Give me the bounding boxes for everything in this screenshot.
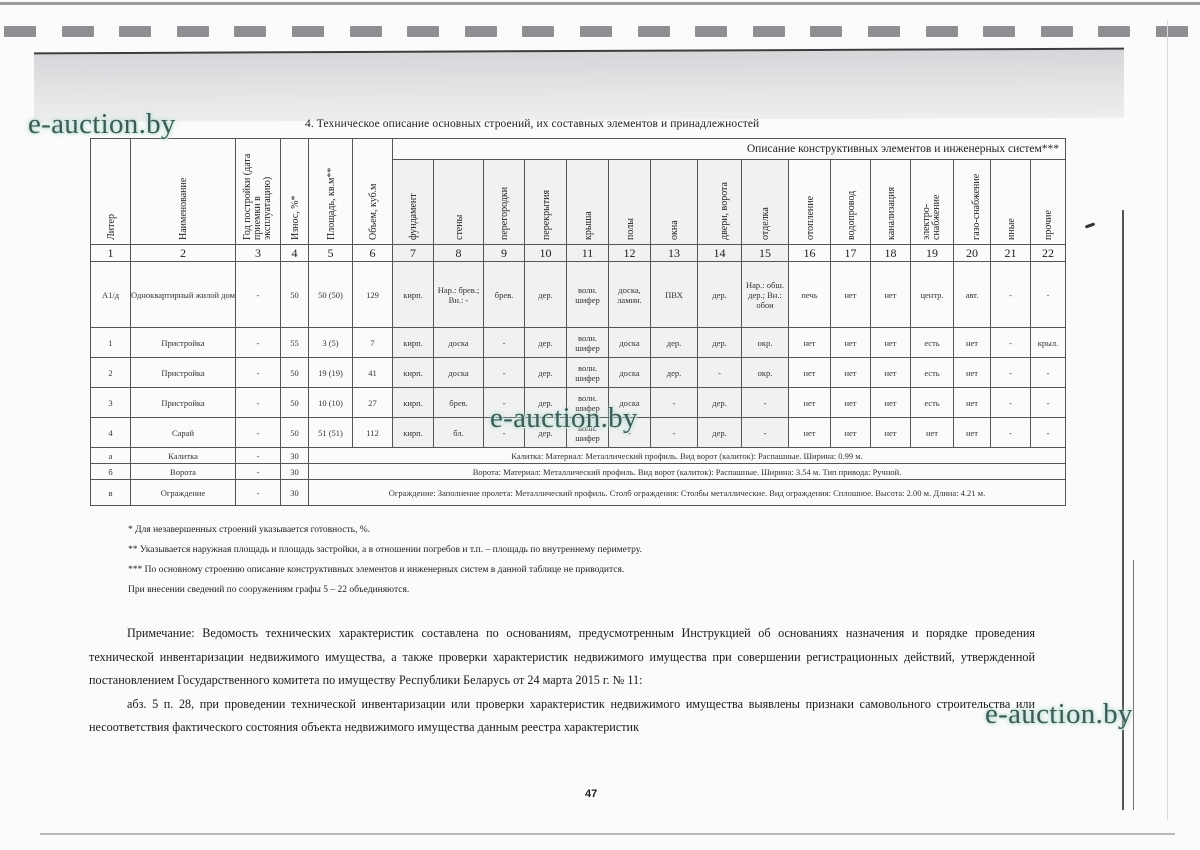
table-cell: 129 [353, 262, 393, 328]
accessory-description: Ворота: Материал: Металлический профиль.… [309, 464, 1066, 480]
accessory-description: Калитка: Материал: Металлический профиль… [309, 448, 1066, 464]
footnote: * Для незавершенных строений указывается… [128, 520, 642, 540]
punch-holes [0, 26, 1200, 38]
punch-hole [868, 26, 900, 37]
scan-shadow [34, 48, 1124, 123]
table-cell: Пристройка [131, 328, 236, 358]
column-header: перегородки [484, 160, 525, 245]
column-number: 3 [236, 245, 281, 262]
table-cell: - [1031, 262, 1066, 328]
table-cell: Сарай [131, 418, 236, 448]
punch-hole [1156, 26, 1188, 37]
table-cell: Ограждение [131, 480, 236, 506]
column-number: 12 [609, 245, 651, 262]
table-cell: - [484, 328, 525, 358]
column-number: 19 [911, 245, 954, 262]
table-cell: нет [954, 328, 991, 358]
punch-hole [465, 26, 497, 37]
table-cell: дер. [651, 328, 698, 358]
table-cell: брев. [434, 388, 484, 418]
accessory-row: вОграждение-30Ограждение: Заполнение про… [91, 480, 1066, 506]
table-cell: ПВХ [651, 262, 698, 328]
table-cell: нет [789, 328, 831, 358]
table-cell: 50 [281, 418, 309, 448]
table-cell: Одноквартирный жилой дом [131, 262, 236, 328]
table-cell: нет [871, 328, 911, 358]
punch-hole [234, 26, 266, 37]
table-body: А1/дОдноквартирный жилой дом-5050 (50)12… [91, 262, 1066, 506]
table-cell: волн. шифер [567, 262, 609, 328]
table-cell: 30 [281, 448, 309, 464]
table-cell: 10 (10) [309, 388, 353, 418]
column-header: газо-снабжение [954, 160, 991, 245]
accessory-row: бВорота-30Ворота: Материал: Металлически… [91, 464, 1066, 480]
table-cell: дер. [698, 262, 742, 328]
column-number: 1 [91, 245, 131, 262]
accessory-description: Ограждение: Заполнение пролета: Металлич… [309, 480, 1066, 506]
table-cell: - [742, 418, 789, 448]
column-header: окна [651, 160, 698, 245]
table-cell: нет [831, 328, 871, 358]
punch-hole [1098, 26, 1130, 37]
table-row: А1/дОдноквартирный жилой дом-5050 (50)12… [91, 262, 1066, 328]
table-cell: доска, ламин. [609, 262, 651, 328]
punch-hole [810, 26, 842, 37]
page-number: 47 [585, 788, 597, 800]
punch-hole [292, 26, 324, 37]
ink-mark [1085, 222, 1095, 228]
footnote: При внесении сведений по сооружениям гра… [128, 580, 642, 600]
table-cell: - [991, 418, 1031, 448]
table-cell: печь [789, 262, 831, 328]
table-cell: дер. [698, 388, 742, 418]
table-cell: 50 [281, 262, 309, 328]
table-cell: нет [871, 358, 911, 388]
table-cell: - [1031, 358, 1066, 388]
table-cell: 55 [281, 328, 309, 358]
punch-hole [4, 26, 36, 37]
column-header: отделка [742, 160, 789, 245]
table-cell: - [991, 358, 1031, 388]
column-number: 20 [954, 245, 991, 262]
table-cell: есть [911, 388, 954, 418]
table-cell: дер. [698, 328, 742, 358]
scan-line [1133, 560, 1134, 810]
column-number: 2 [131, 245, 236, 262]
table-cell: - [236, 358, 281, 388]
column-header: полы [609, 160, 651, 245]
table-cell: - [1031, 418, 1066, 448]
table-cell: - [236, 388, 281, 418]
table-cell: дер. [525, 262, 567, 328]
table-cell: нет [954, 388, 991, 418]
column-header: Наименование [131, 139, 236, 245]
column-number: 6 [353, 245, 393, 262]
table-cell: кирп. [393, 388, 434, 418]
table-cell: дер. [698, 418, 742, 448]
punch-hole [1041, 26, 1073, 37]
table-cell: - [651, 388, 698, 418]
table-cell: авт. [954, 262, 991, 328]
table-cell: 3 (5) [309, 328, 353, 358]
table-cell: - [236, 464, 281, 480]
note-paragraph: абз. 5 п. 28, при проведении технической… [89, 693, 1035, 740]
punch-hole [62, 26, 94, 37]
table-cell: бл. [434, 418, 484, 448]
table-cell: - [1031, 388, 1066, 418]
group-header: Описание конструктивных элементов и инже… [393, 139, 1066, 160]
section-title: 4. Техническое описание основных строени… [305, 118, 759, 130]
column-number: 15 [742, 245, 789, 262]
table-cell: волн. шифер [567, 328, 609, 358]
column-header: стены [434, 160, 484, 245]
table-cell: нет [911, 418, 954, 448]
table-cell: Нар.: обш. дер.; Вн.: обои [742, 262, 789, 328]
footnote: *** По основному строению описание конст… [128, 560, 642, 580]
table-cell: окр. [742, 328, 789, 358]
column-header: крыша [567, 160, 609, 245]
table-cell: брев. [484, 262, 525, 328]
table-cell: нет [954, 418, 991, 448]
table-cell: нет [954, 358, 991, 388]
table-cell: - [991, 388, 1031, 418]
table-cell: нет [831, 358, 871, 388]
column-header: перекрытия [525, 160, 567, 245]
scan-line [1167, 20, 1168, 820]
technical-description-table: Литер Наименование Год постройки (дата п… [90, 138, 1066, 506]
table-cell: 41 [353, 358, 393, 388]
watermark: e-auction.by [28, 108, 176, 141]
column-header: канализация [871, 160, 911, 245]
table-cell: окр. [742, 358, 789, 388]
column-number: 14 [698, 245, 742, 262]
table-cell: 19 (19) [309, 358, 353, 388]
table-cell: 51 (51) [309, 418, 353, 448]
table-cell: 112 [353, 418, 393, 448]
table-cell: 1 [91, 328, 131, 358]
table-cell: - [236, 262, 281, 328]
table-cell: - [236, 418, 281, 448]
table-cell: дер. [651, 358, 698, 388]
column-number: 7 [393, 245, 434, 262]
note-paragraph: Примечание: Ведомость технических характ… [89, 622, 1035, 693]
punch-hole [580, 26, 612, 37]
punch-hole [350, 26, 382, 37]
punch-hole [407, 26, 439, 37]
scan-edge-bottom [40, 833, 1175, 835]
table-cell: - [236, 328, 281, 358]
table-cell: - [236, 480, 281, 506]
table-row: 1Пристройка-553 (5)7кирп.доска-дер.волн.… [91, 328, 1066, 358]
punch-hole [119, 26, 151, 37]
table-cell: Калитка [131, 448, 236, 464]
column-header: Объем, куб.м [353, 139, 393, 245]
column-number: 5 [309, 245, 353, 262]
table-cell: 30 [281, 480, 309, 506]
column-header: двери, ворота [698, 160, 742, 245]
table-cell: в [91, 480, 131, 506]
table-cell: кирп. [393, 262, 434, 328]
column-number: 9 [484, 245, 525, 262]
punch-hole [695, 26, 727, 37]
table-cell: есть [911, 358, 954, 388]
table-cell: 7 [353, 328, 393, 358]
table-cell: 4 [91, 418, 131, 448]
table-cell: А1/д [91, 262, 131, 328]
punch-hole [177, 26, 209, 37]
footnotes: * Для незавершенных строений указывается… [128, 520, 642, 600]
table-cell: Пристройка [131, 358, 236, 388]
table-cell: - [991, 262, 1031, 328]
table-cell: нет [831, 388, 871, 418]
column-header: Год постройки (дата приемки в эксплуатац… [236, 139, 281, 245]
table-cell: кирп. [393, 328, 434, 358]
column-number: 4 [281, 245, 309, 262]
table-cell: 27 [353, 388, 393, 418]
column-number: 21 [991, 245, 1031, 262]
table-cell: Нар.: брев.; Вн.: - [434, 262, 484, 328]
punch-hole [638, 26, 670, 37]
scanned-page: 4. Техническое описание основных строени… [0, 0, 1200, 850]
column-header: прочие [1031, 160, 1066, 245]
table-cell: 30 [281, 464, 309, 480]
table-cell: дер. [525, 328, 567, 358]
table-cell: доска [609, 358, 651, 388]
table-cell: кирп. [393, 358, 434, 388]
column-number: 22 [1031, 245, 1066, 262]
table-cell: 50 [281, 358, 309, 388]
column-number: 17 [831, 245, 871, 262]
table-row: 2Пристройка-5019 (19)41кирп.доска-дер.во… [91, 358, 1066, 388]
table-cell: - [484, 358, 525, 388]
punch-hole [753, 26, 785, 37]
column-number: 16 [789, 245, 831, 262]
column-header: водопровод [831, 160, 871, 245]
column-header: электро-снабжение [911, 160, 954, 245]
table-cell: нет [789, 358, 831, 388]
table-cell: - [698, 358, 742, 388]
table-cell: доска [434, 328, 484, 358]
table-cell: нет [871, 262, 911, 328]
table-cell: Пристройка [131, 388, 236, 418]
table-cell: 3 [91, 388, 131, 418]
punch-hole [983, 26, 1015, 37]
table-cell: нет [831, 418, 871, 448]
footnote: ** Указывается наружная площадь и площад… [128, 540, 642, 560]
table-cell: крыл. [1031, 328, 1066, 358]
column-number: 10 [525, 245, 567, 262]
watermark: e-auction.by [490, 402, 638, 435]
column-number: 18 [871, 245, 911, 262]
table-cell: доска [609, 328, 651, 358]
column-number: 11 [567, 245, 609, 262]
table-cell: - [991, 328, 1031, 358]
column-number: 13 [651, 245, 698, 262]
column-header: фундамент [393, 160, 434, 245]
scan-edge [0, 2, 1200, 5]
table-cell: 50 [281, 388, 309, 418]
table-cell: центр. [911, 262, 954, 328]
column-header: отопление [789, 160, 831, 245]
table-cell: нет [789, 388, 831, 418]
table-cell: кирп. [393, 418, 434, 448]
table-cell: - [742, 388, 789, 418]
table-cell: нет [871, 418, 911, 448]
table-cell: - [236, 448, 281, 464]
accessory-row: аКалитка-30Калитка: Материал: Металличес… [91, 448, 1066, 464]
punch-hole [926, 26, 958, 37]
column-header: Износ, %* [281, 139, 309, 245]
column-number: 8 [434, 245, 484, 262]
watermark: e-auction.by [985, 698, 1133, 731]
table-cell: дер. [525, 358, 567, 388]
table-cell: нет [831, 262, 871, 328]
table-cell: нет [871, 388, 911, 418]
table-cell: а [91, 448, 131, 464]
table-cell: 50 (50) [309, 262, 353, 328]
table-cell: - [651, 418, 698, 448]
table-cell: доска [434, 358, 484, 388]
column-header: иные [991, 160, 1031, 245]
column-header: Литер [91, 139, 131, 245]
column-number-row: 12345678910111213141516171819202122 [91, 245, 1066, 262]
note-block: Примечание: Ведомость технических характ… [89, 622, 1035, 740]
table-cell: волн. шифер [567, 358, 609, 388]
table-cell: Ворота [131, 464, 236, 480]
table-cell: 2 [91, 358, 131, 388]
table-cell: нет [789, 418, 831, 448]
table-cell: есть [911, 328, 954, 358]
column-header: Площадь, кв.м** [309, 139, 353, 245]
table-cell: б [91, 464, 131, 480]
punch-hole [522, 26, 554, 37]
